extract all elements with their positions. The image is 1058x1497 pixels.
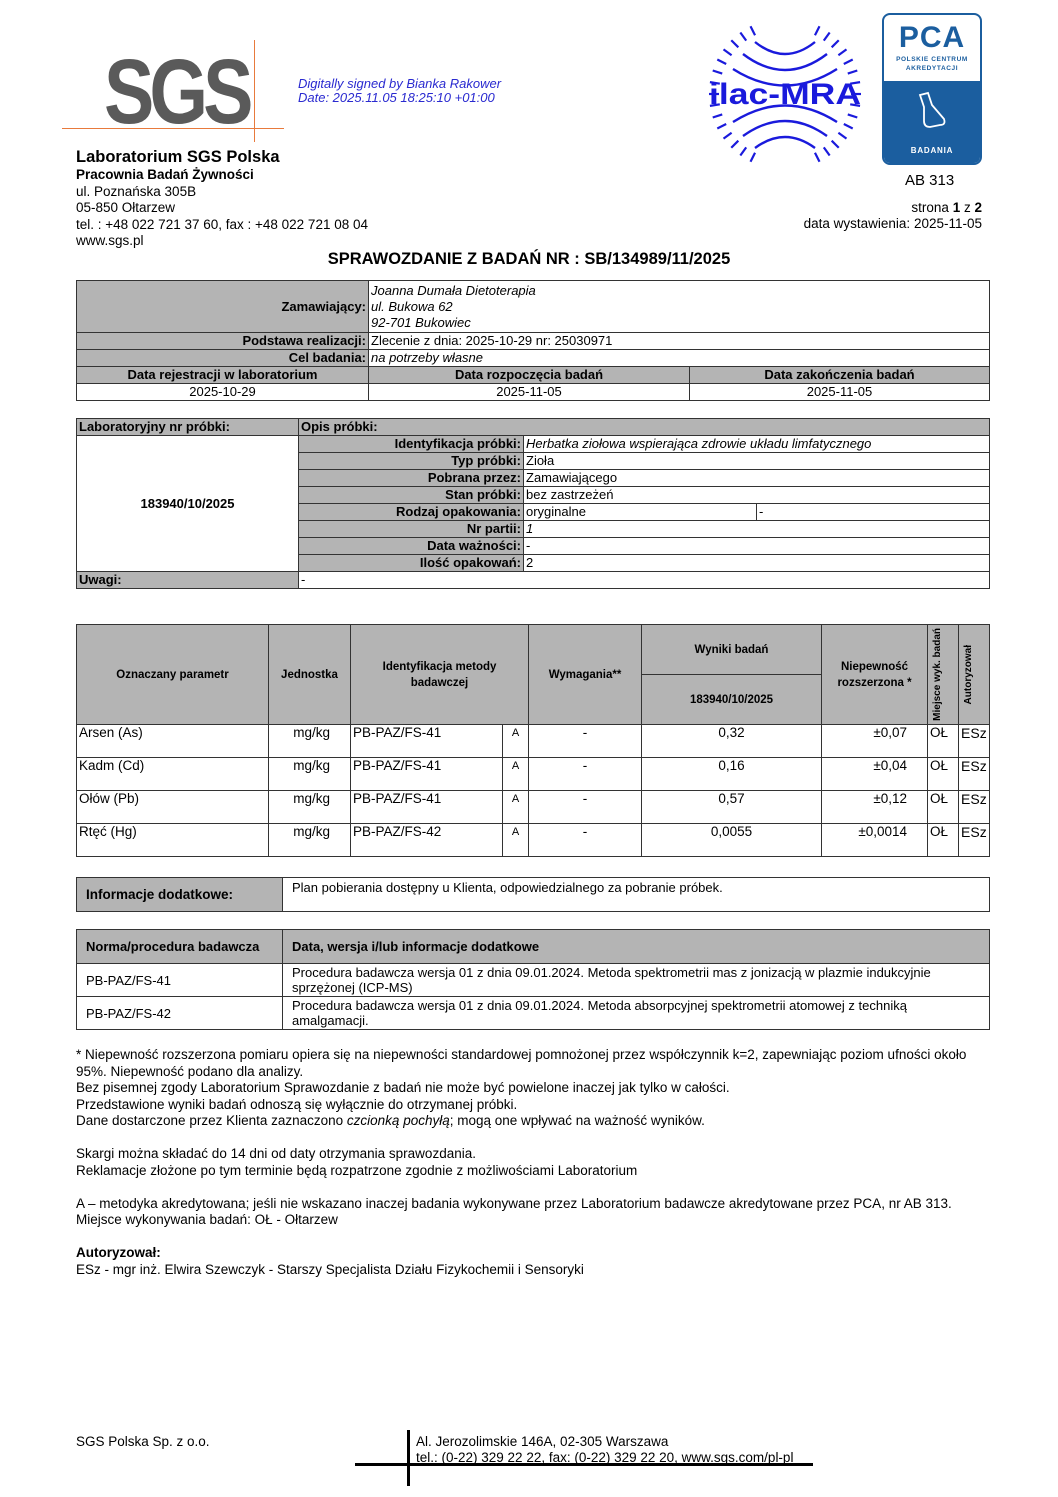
result-row: Rtęć (Hg)mg/kgPB-PAZ/FS-42A-0,0055±0,001…: [77, 824, 990, 857]
field-value: 2: [524, 555, 990, 572]
result-place: OŁ: [928, 725, 959, 758]
result-method: PB-PAZ/FS-41: [351, 725, 503, 758]
result-method: PB-PAZ/FS-41: [351, 791, 503, 824]
results-table: Oznaczany parametr Jednostka Identyfikac…: [76, 624, 990, 857]
footer-contact: Al. Jerozolimskie 146A, 02-305 Warszawa …: [416, 1434, 793, 1466]
procedure-info: Procedura badawcza wersja 01 z dnia 09.0…: [283, 997, 990, 1030]
purpose-value: na potrzeby własne: [369, 350, 990, 367]
accreditation-number: AB 313: [905, 172, 954, 189]
field-label: Typ próbki:: [299, 453, 524, 470]
header-method: Identyfikacja metody badawczej: [351, 625, 529, 725]
procedure-norm: PB-PAZ/FS-42: [77, 997, 283, 1030]
field-label: Rodzaj opakowania:: [299, 504, 524, 521]
client-info-table: Zamawiający: Joanna Dumała Dietoterapia …: [76, 280, 990, 401]
footer-company: SGS Polska Sp. z o.o.: [76, 1434, 210, 1449]
result-value: 0,0055: [642, 824, 822, 857]
client-data-note: Dane dostarczone przez Klienta zaznaczon…: [76, 1113, 986, 1130]
field-label: Pobrana przez:: [299, 470, 524, 487]
pca-line1: POLSKIE CENTRUM: [884, 55, 980, 64]
result-accreditation: A: [503, 725, 529, 758]
result-uncertainty: ±0,12: [822, 791, 928, 824]
procedures-header-info: Data, wersja i/lub informacje dodatkowe: [283, 930, 990, 964]
lab-name: Laboratorium SGS Polska: [76, 148, 368, 167]
result-accreditation: A: [503, 791, 529, 824]
basis-value: Zlecenie z dnia: 2025-10-29 nr: 25030971: [369, 333, 990, 350]
lab-number-label: Laboratoryjny nr próbki:: [77, 419, 299, 436]
field-value: Zamawiającego: [524, 470, 990, 487]
additional-info-label: Informacje dodatkowe:: [77, 878, 283, 912]
basis-label: Podstawa realizacji:: [77, 333, 369, 350]
sample-info-table: Laboratoryjny nr próbki: Opis próbki: 18…: [76, 418, 990, 589]
result-uncertainty: ±0,0014: [822, 824, 928, 857]
header-authorized: Autoryzował: [959, 625, 990, 725]
pca-badania: BADANIA: [884, 146, 980, 155]
signature-date: Date: 2025.11.05 18:25:10 +01:00: [298, 91, 501, 105]
result-requirement: -: [529, 725, 642, 758]
sample-desc-label: Opis próbki:: [299, 419, 990, 436]
field-label: Nr partii:: [299, 521, 524, 538]
header-unit: Jednostka: [269, 625, 351, 725]
issue-date: data wystawienia: 2025-11-05: [804, 216, 982, 232]
result-authorized: ESz: [959, 791, 990, 824]
result-row: Arsen (As)mg/kgPB-PAZ/FS-41A-0,32±0,07OŁ…: [77, 725, 990, 758]
result-place: OŁ: [928, 791, 959, 824]
remarks-value: -: [299, 572, 990, 589]
ilac-mra-seal-icon: ilac-MRA: [705, 14, 865, 174]
results-note: Przedstawione wyniki badań odnoszą się w…: [76, 1097, 986, 1114]
header-uncertainty: Niepewność rozszerzona *: [822, 625, 928, 725]
lab-department: Pracownia Badań Żywności: [76, 167, 368, 184]
field-label: Data ważności:: [299, 538, 524, 555]
field-value: -: [524, 538, 990, 555]
additional-info-value: Plan pobierania dostępny u Klienta, odpo…: [283, 878, 990, 912]
result-unit: mg/kg: [269, 725, 351, 758]
footer-address: Al. Jerozolimskie 146A, 02-305 Warszawa: [416, 1434, 793, 1450]
result-place: OŁ: [928, 758, 959, 791]
result-value: 0,32: [642, 725, 822, 758]
ordering-label: Zamawiający:: [77, 281, 369, 333]
lab-number: 183940/10/2025: [77, 436, 299, 572]
footer-divider-vertical: [407, 1430, 410, 1486]
header-parameter: Oznaczany parametr: [77, 625, 269, 725]
uncertainty-note: * Niepewność rozszerzona pomiaru opiera …: [76, 1047, 986, 1080]
result-uncertainty: ±0,04: [822, 758, 928, 791]
footer-phone: tel.: (0-22) 329 22 22, fax: (0-22) 329 …: [416, 1450, 793, 1466]
place-note: Miejsce wykonywania badań: OŁ - Ołtarzew: [76, 1212, 986, 1229]
accreditation-note: A – metodyka akredytowana; jeśli nie wsk…: [76, 1196, 986, 1213]
date-start: 2025-11-05: [369, 384, 690, 401]
pca-accreditation-badge: PCA POLSKIE CENTRUM AKREDYTACJI BADANIA: [882, 13, 982, 165]
result-value: 0,57: [642, 791, 822, 824]
result-authorized: ESz: [959, 758, 990, 791]
purpose-label: Cel badania:: [77, 350, 369, 367]
field-label: Ilość opakowań:: [299, 555, 524, 572]
result-row: Ołów (Pb)mg/kgPB-PAZ/FS-41A-0,57±0,12OŁE…: [77, 791, 990, 824]
result-parameter: Arsen (As): [77, 725, 269, 758]
field-value: Zioła: [524, 453, 990, 470]
page-number: strona 1 z 2: [804, 200, 982, 216]
sgs-logo: SGS: [104, 52, 249, 132]
result-accreditation: A: [503, 824, 529, 857]
lab-city: 05-850 Ołtarzew: [76, 200, 368, 217]
result-value: 0,16: [642, 758, 822, 791]
field-value: 1: [524, 521, 990, 538]
result-place: OŁ: [928, 824, 959, 857]
result-unit: mg/kg: [269, 824, 351, 857]
page-info: strona 1 z 2 data wystawienia: 2025-11-0…: [804, 200, 982, 232]
result-unit: mg/kg: [269, 791, 351, 824]
claims-note: Reklamacje złożone po tym terminie będą …: [76, 1163, 986, 1180]
lab-address-block: Laboratorium SGS Polska Pracownia Badań …: [76, 148, 368, 250]
procedures-table: Norma/procedura badawcza Data, wersja i/…: [76, 929, 990, 1030]
remarks-label: Uwagi:: [77, 572, 299, 589]
header-requirements: Wymagania**: [529, 625, 642, 725]
authorized-label: Autoryzował:: [76, 1245, 986, 1262]
result-accreditation: A: [503, 758, 529, 791]
digital-signature: Digitally signed by Bianka Rakower Date:…: [298, 77, 501, 105]
logo-divider-vertical: [254, 40, 255, 142]
result-unit: mg/kg: [269, 758, 351, 791]
date-end: 2025-11-05: [690, 384, 990, 401]
additional-info-table: Informacje dodatkowe: Plan pobierania do…: [76, 877, 990, 912]
lab-street: ul. Poznańska 305B: [76, 184, 368, 201]
result-authorized: ESz: [959, 725, 990, 758]
header-place: Miejsce wyk. badań: [928, 625, 959, 725]
result-requirement: -: [529, 758, 642, 791]
report-title: SPRAWOZDANIE Z BADAŃ NR : SB/134989/11/2…: [0, 250, 1058, 269]
copy-note: Bez pisemnej zgody Laboratorium Sprawozd…: [76, 1080, 986, 1097]
result-requirement: -: [529, 791, 642, 824]
pca-letters: PCA: [884, 15, 980, 55]
date-header-start: Data rozpoczęcia badań: [369, 367, 690, 384]
date-header-registration: Data rejestracji w laboratorium: [77, 367, 369, 384]
procedure-info: Procedura badawcza wersja 01 z dnia 09.0…: [283, 964, 990, 997]
result-parameter: Ołów (Pb): [77, 791, 269, 824]
result-row: Kadm (Cd)mg/kgPB-PAZ/FS-41A-0,16±0,04OŁE…: [77, 758, 990, 791]
signature-signer: Digitally signed by Bianka Rakower: [298, 77, 501, 91]
field-label: Stan próbki:: [299, 487, 524, 504]
authorized-value: ESz - mgr inż. Elwira Szewczyk - Starszy…: [76, 1262, 986, 1279]
result-parameter: Kadm (Cd): [77, 758, 269, 791]
header-results: Wyniki badań: [642, 625, 822, 675]
field-value: Herbatka ziołowa wspierająca zdrowie ukł…: [524, 436, 990, 453]
lab-website[interactable]: www.sgs.pl: [76, 233, 368, 250]
result-parameter: Rtęć (Hg): [77, 824, 269, 857]
logo-divider-horizontal: [62, 128, 284, 129]
procedure-norm: PB-PAZ/FS-41: [77, 964, 283, 997]
date-header-end: Data zakończenia badań: [690, 367, 990, 384]
procedures-header-norm: Norma/procedura badawcza: [77, 930, 283, 964]
result-uncertainty: ±0,07: [822, 725, 928, 758]
result-requirement: -: [529, 824, 642, 857]
ilac-text: ilac-MRA: [709, 78, 861, 111]
field-value: oryginalne: [524, 504, 757, 521]
field-extra: -: [757, 504, 990, 521]
field-value: bez zastrzeżeń: [524, 487, 990, 504]
pca-line2: AKREDYTACJI: [884, 64, 980, 73]
header-sample-no: 183940/10/2025: [642, 675, 822, 725]
result-method: PB-PAZ/FS-42: [351, 824, 503, 857]
result-authorized: ESz: [959, 824, 990, 857]
field-label: Identyfikacja próbki:: [299, 436, 524, 453]
ordering-value: Joanna Dumała Dietoterapia ul. Bukowa 62…: [369, 281, 990, 333]
report-notes: * Niepewność rozszerzona pomiaru opiera …: [76, 1047, 986, 1278]
complaints-note: Skargi można składać do 14 dni od daty o…: [76, 1146, 986, 1163]
flask-icon: [912, 89, 952, 133]
date-registration: 2025-10-29: [77, 384, 369, 401]
result-method: PB-PAZ/FS-41: [351, 758, 503, 791]
lab-phone: tel. : +48 022 721 37 60, fax : +48 022 …: [76, 217, 368, 234]
